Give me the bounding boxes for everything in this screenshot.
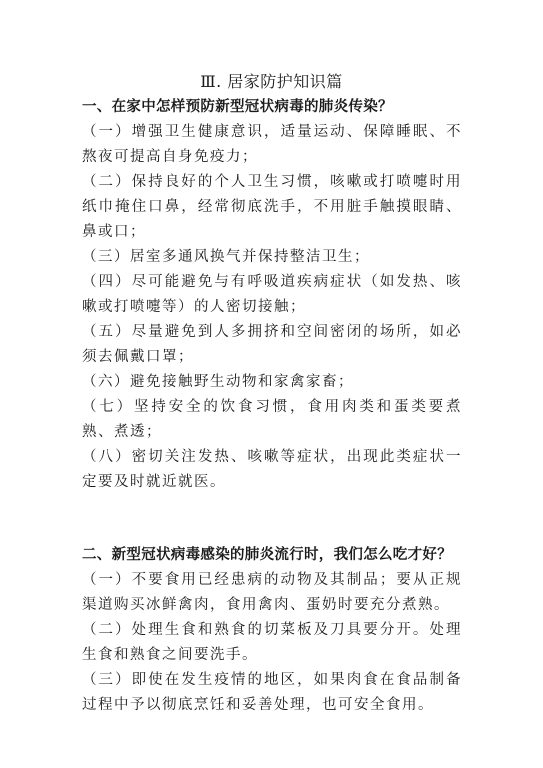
section-heading: 二、新型冠状病毒感染的肺炎流行时，我们怎么吃才好？: [82, 543, 462, 568]
list-item: （五）尽量避免到人多拥挤和空间密闭的场所，如必须去佩戴口罩；: [82, 320, 462, 370]
list-item: （三）居室多通风换气并保持整洁卫生；: [82, 245, 462, 270]
page-title: Ⅲ. 居家防护知识篇: [0, 70, 543, 94]
list-item: （六）避免接触野生动物和家禽家畜；: [82, 370, 462, 395]
list-item: （三）即使在发生疫情的地区，如果肉食在食品制备过程中予以彻底烹饪和妥善处理，也可…: [82, 668, 462, 718]
list-item: （一）不要食用已经患病的动物及其制品；要从正规渠道购买冰鲜禽肉，食用禽肉、蛋奶时…: [82, 568, 462, 618]
document-body: 一、在家中怎样预防新型冠状病毒的肺炎传染？ （一）增强卫生健康意识，适量运动、保…: [82, 95, 462, 718]
list-item: （四）尽可能避免与有呼吸道疾病症状（如发热、咳嗽或打喷嚏等）的人密切接触；: [82, 270, 462, 320]
list-item: （二）保持良好的个人卫生习惯，咳嗽或打喷嚏时用纸巾掩住口鼻，经常彻底洗手，不用脏…: [82, 170, 462, 245]
list-item: （七）坚持安全的饮食习惯，食用肉类和蛋类要煮熟、煮透；: [82, 395, 462, 445]
document-page: Ⅲ. 居家防护知识篇 一、在家中怎样预防新型冠状病毒的肺炎传染？ （一）增强卫生…: [0, 0, 543, 768]
list-item: （八）密切关注发热、咳嗽等症状，出现此类症状一定要及时就近就医。: [82, 445, 462, 495]
section-home-prevention: 一、在家中怎样预防新型冠状病毒的肺炎传染？ （一）增强卫生健康意识，适量运动、保…: [82, 95, 462, 495]
list-item: （一）增强卫生健康意识，适量运动、保障睡眠、不熬夜可提高自身免疫力；: [82, 120, 462, 170]
section-heading: 一、在家中怎样预防新型冠状病毒的肺炎传染？: [82, 95, 462, 120]
section-spacer: [82, 495, 462, 543]
list-item: （二）处理生食和熟食的切菜板及刀具要分开。处理生食和熟食之间要洗手。: [82, 618, 462, 668]
section-diet: 二、新型冠状病毒感染的肺炎流行时，我们怎么吃才好？ （一）不要食用已经患病的动物…: [82, 543, 462, 718]
